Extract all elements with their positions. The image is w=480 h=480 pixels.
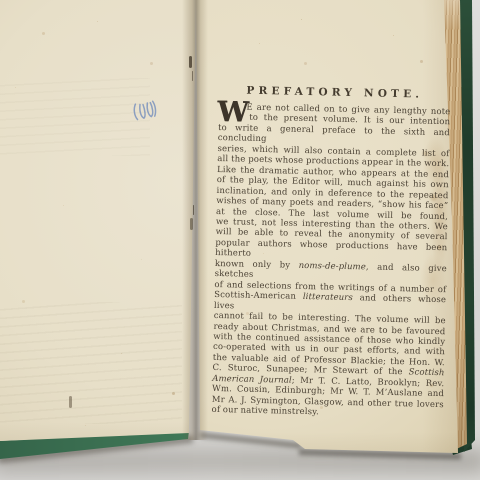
gutter-specks [189,56,192,68]
foxing-spots [0,0,3,3]
body-text: W E are not called on to give any length… [211,102,450,421]
showthrough-text-lower [0,302,182,424]
prefatory-note-text-block: PREFATORY NOTE. W E are not called on to… [211,84,450,421]
book-gutter-shadow [182,0,208,440]
handwritten-blue-scribble-icon [129,97,159,126]
showthrough-text-upper [0,78,150,156]
drop-cap-initial: W [217,98,249,127]
book-photo-scene: PREFATORY NOTE. W E are not called on to… [0,0,480,480]
